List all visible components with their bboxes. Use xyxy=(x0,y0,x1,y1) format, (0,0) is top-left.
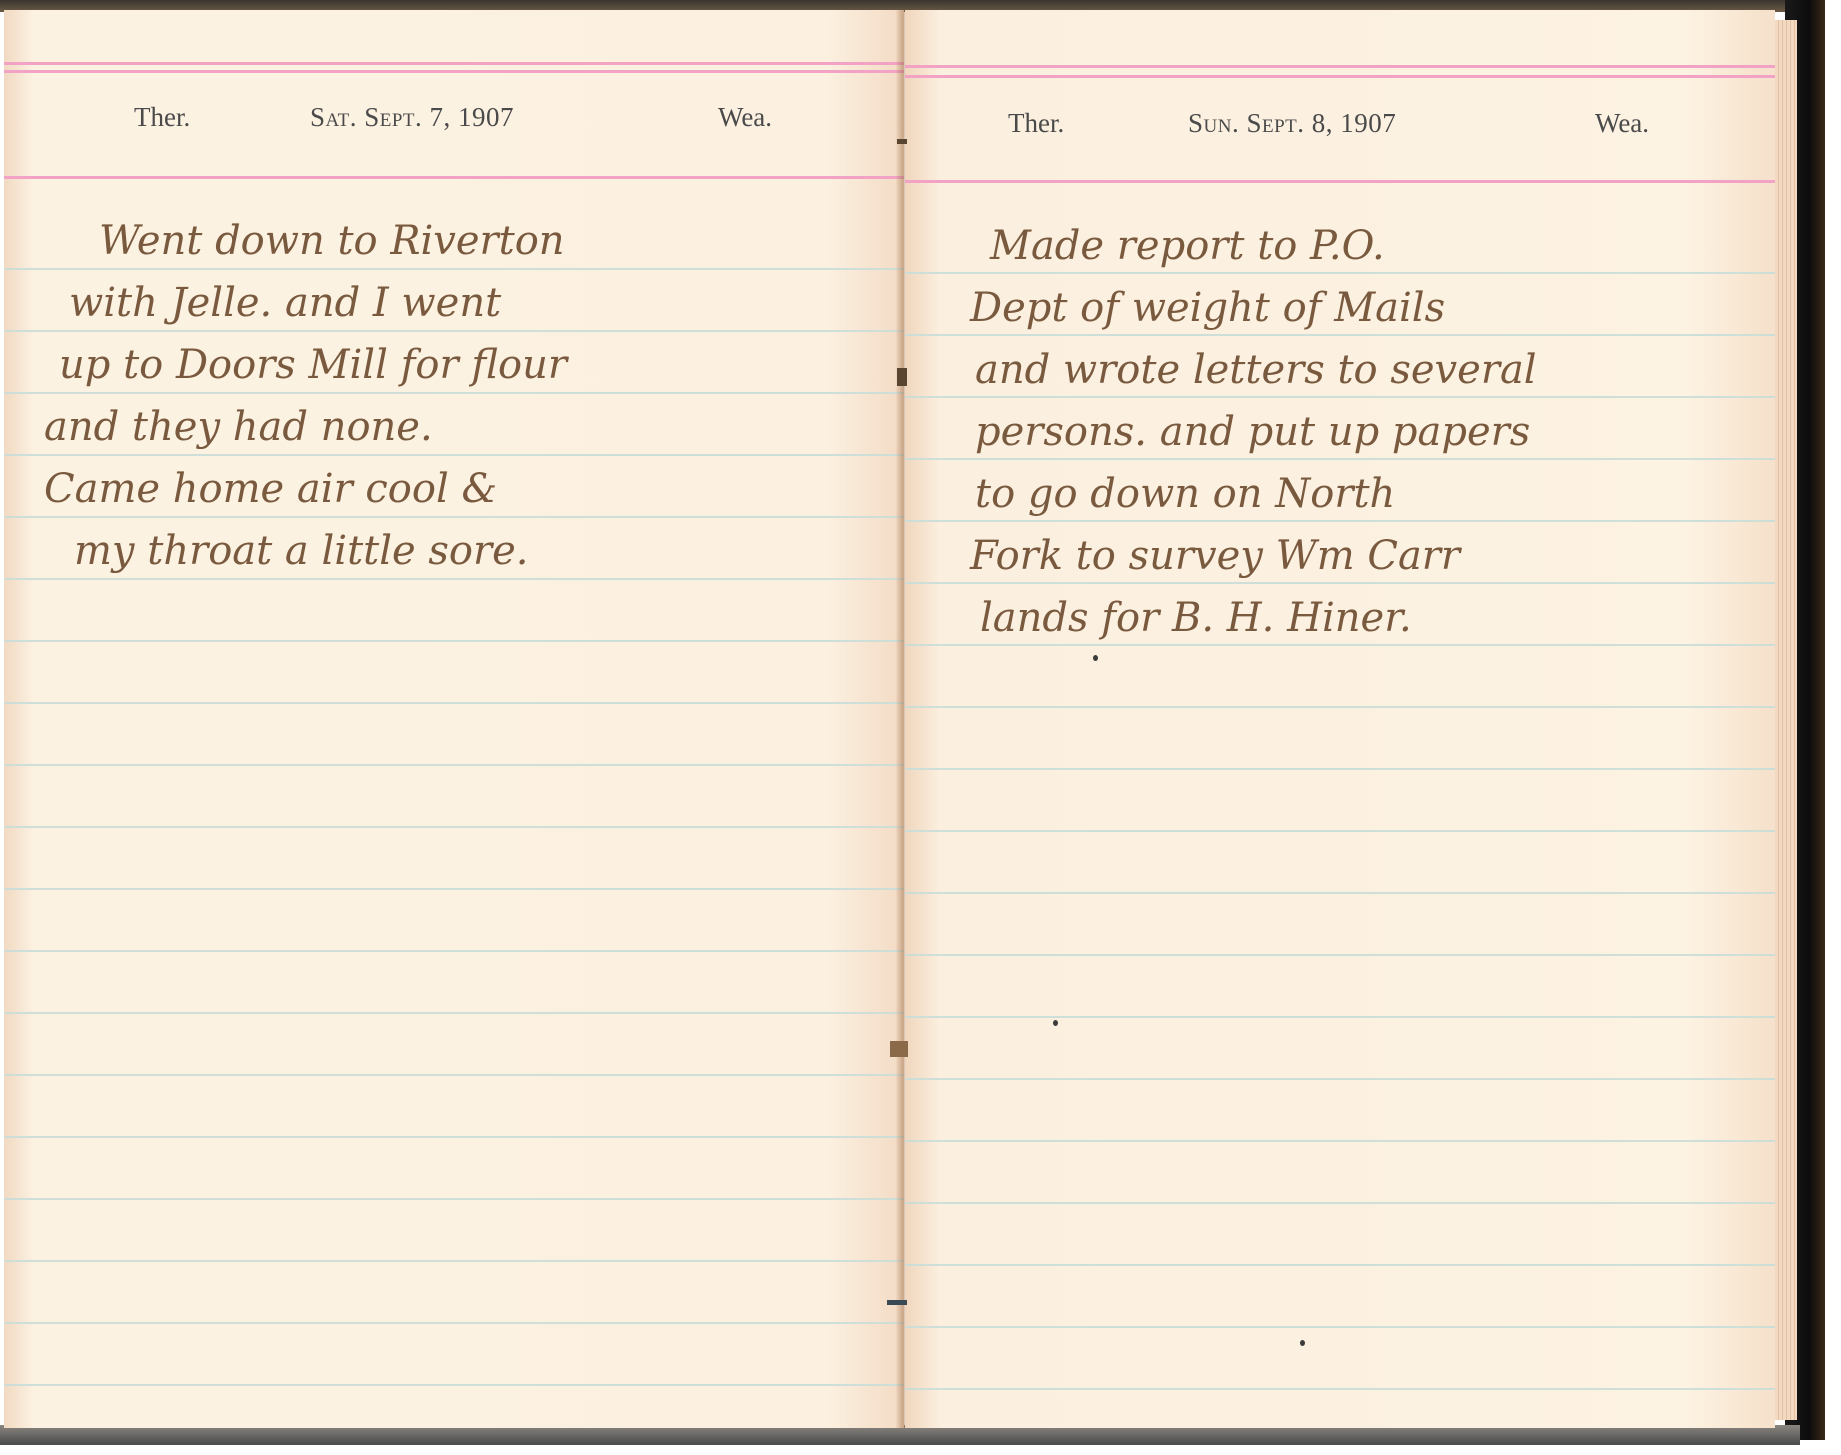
blue-rule xyxy=(4,702,904,704)
blue-rule xyxy=(905,954,1775,956)
thermometer-label: Ther. xyxy=(134,102,190,133)
thermometer-label: Ther. xyxy=(1008,108,1064,139)
pink-rule xyxy=(905,75,1775,78)
handwritten-line: Went down to Riverton xyxy=(99,210,565,272)
open-diary: Ther. Sat. Sept. 7, 1907 Wea. Went down … xyxy=(0,0,1841,1455)
blue-rule xyxy=(905,1016,1775,1018)
left-page: Ther. Sat. Sept. 7, 1907 Wea. Went down … xyxy=(4,10,904,1428)
blue-rule xyxy=(905,892,1775,894)
blue-rule xyxy=(4,764,904,766)
blue-rule xyxy=(4,1136,904,1138)
blue-rule xyxy=(905,1264,1775,1266)
book-cover-bottom xyxy=(0,1425,1800,1445)
handwritten-line: Came home air cool & xyxy=(44,458,497,520)
blue-rule xyxy=(4,1198,904,1200)
ink-speck xyxy=(1093,655,1098,661)
weather-label: Wea. xyxy=(718,102,772,133)
binding-stitch xyxy=(897,139,907,144)
blue-rule xyxy=(905,1388,1775,1390)
entry-date: Sat. Sept. 7, 1907 xyxy=(310,102,514,133)
pink-rule xyxy=(4,62,904,65)
page-edges xyxy=(1775,20,1797,1420)
blue-rule xyxy=(4,1322,904,1324)
handwritten-line: to go down on North xyxy=(975,463,1395,525)
handwritten-line: my throat a little sore. xyxy=(74,520,529,582)
handwritten-line: and they had none. xyxy=(44,396,433,458)
handwritten-line: Made report to P.O. xyxy=(990,215,1385,277)
handwritten-line: Dept of weight of Mails xyxy=(970,277,1445,339)
blue-rule xyxy=(905,1140,1775,1142)
page-header: Ther. Sun. Sept. 8, 1907 Wea. xyxy=(905,108,1775,148)
blue-rule xyxy=(4,1074,904,1076)
binding-stitch xyxy=(887,1300,907,1305)
handwritten-line: and wrote letters to several xyxy=(975,339,1537,401)
handwritten-line: lands for B. H. Hiner. xyxy=(980,587,1412,649)
blue-rule xyxy=(4,1384,904,1386)
blue-rule xyxy=(905,768,1775,770)
blue-rule xyxy=(4,1260,904,1262)
blue-rule xyxy=(4,640,904,642)
blue-rule xyxy=(905,830,1775,832)
pink-rule xyxy=(905,65,1775,68)
binding-stitch xyxy=(890,1041,908,1057)
weather-label: Wea. xyxy=(1595,108,1649,139)
blue-rule xyxy=(4,950,904,952)
right-page: Ther. Sun. Sept. 8, 1907 Wea. Made repor… xyxy=(905,10,1775,1428)
entry-date: Sun. Sept. 8, 1907 xyxy=(1188,108,1396,139)
handwritten-line: with Jelle. and I went xyxy=(69,272,501,334)
blue-rule xyxy=(905,1202,1775,1204)
handwritten-line: persons. and put up papers xyxy=(975,401,1530,463)
ink-speck xyxy=(1053,1020,1058,1026)
ink-speck xyxy=(1300,1340,1305,1346)
pink-rule xyxy=(4,70,904,73)
blue-rule xyxy=(905,706,1775,708)
pink-rule xyxy=(4,176,904,179)
blue-rule xyxy=(4,888,904,890)
handwritten-line: Fork to survey Wm Carr xyxy=(970,525,1460,587)
blue-rule xyxy=(4,1012,904,1014)
pink-rule xyxy=(905,180,1775,183)
blue-rule xyxy=(4,826,904,828)
page-header: Ther. Sat. Sept. 7, 1907 Wea. xyxy=(4,102,904,142)
binding-stitch xyxy=(897,368,907,386)
blue-rule xyxy=(905,1078,1775,1080)
handwritten-line: up to Doors Mill for flour xyxy=(59,334,567,396)
blue-rule xyxy=(905,1326,1775,1328)
